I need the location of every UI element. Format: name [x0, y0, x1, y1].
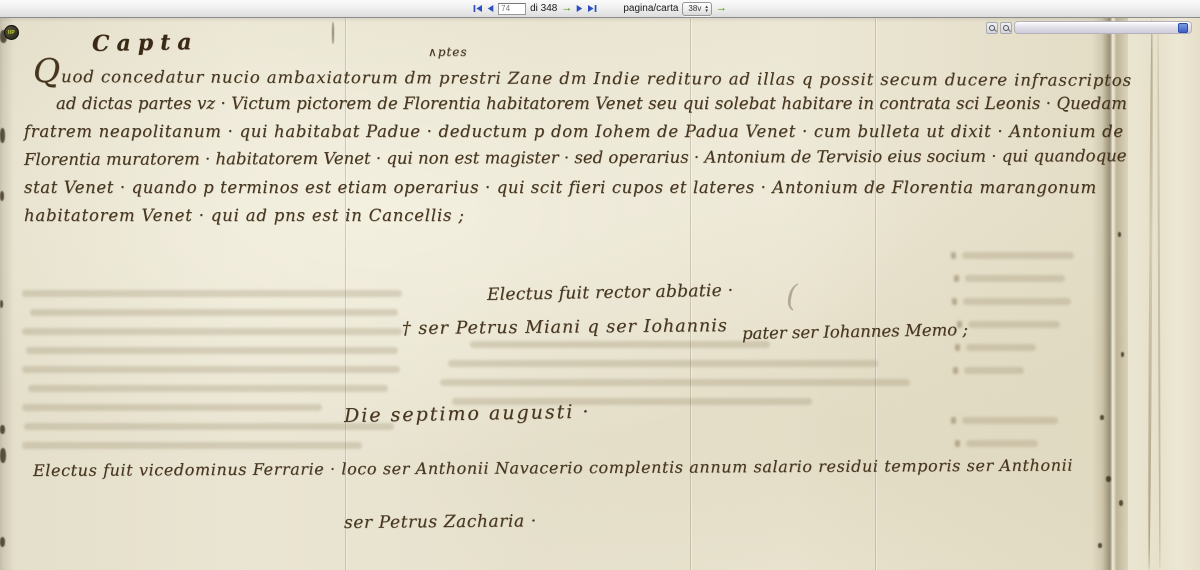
next-page-button[interactable] [576, 4, 583, 13]
manuscript-line: ( [786, 280, 798, 313]
zoom-out-button[interactable] [1000, 22, 1012, 34]
bleedthrough-mark [954, 275, 959, 282]
carta-select-group: pagina/carta 38v ▲▼ → [623, 2, 727, 16]
manuscript-line: Florentia muratorem · habitatorem Venet … [24, 147, 1127, 169]
carta-selector-label: pagina/carta [623, 3, 678, 14]
manuscript-line: stat Venet · quando p terminos est etiam… [24, 179, 1097, 197]
ink-speck [0, 537, 5, 547]
manuscript-line: ad dictas partes vz · Victum pictorem de… [56, 95, 1127, 113]
manuscript-line: Die septimo augusti · [344, 402, 591, 427]
navigation-window-button[interactable] [1178, 23, 1188, 33]
carta-select[interactable]: 38v ▲▼ [682, 2, 711, 16]
ink-speck [1121, 352, 1124, 357]
bleedthrough-text-line [470, 341, 770, 348]
ink-speck [0, 191, 4, 201]
ink-speck [0, 128, 5, 143]
bleedthrough-mark [953, 367, 958, 374]
bleedthrough-text-line [30, 309, 398, 316]
bleedthrough-mark [951, 417, 956, 424]
bleedthrough-text-line [965, 275, 1065, 282]
navigation-scroll-bar[interactable] [1014, 21, 1192, 34]
bleedthrough-text-line [22, 404, 322, 411]
bleedthrough-text-line [24, 423, 394, 430]
manuscript-line: fratrem neapolitanum · qui habitabat Pad… [24, 123, 1124, 141]
ink-speck [1098, 543, 1102, 548]
bleedthrough-text-line [22, 328, 402, 335]
ink-speck [1118, 232, 1121, 237]
bleedthrough-text-line [22, 290, 402, 297]
bleedthrough-text-line [22, 442, 362, 449]
bleedthrough-text-line [26, 347, 398, 354]
go-to-page-icon[interactable]: → [561, 3, 572, 14]
bleedthrough-text-line [962, 417, 1058, 424]
magnifier-icon [1003, 25, 1009, 31]
page-nav-group: di 348 → [473, 3, 597, 15]
select-stepper-icon: ▲▼ [704, 5, 709, 12]
ink-speck [332, 22, 334, 44]
bleedthrough-text-line [966, 440, 1038, 447]
bleedthrough-text-line [448, 360, 878, 367]
viewer-zoom-toolbar [986, 21, 1192, 34]
bleedthrough-text-line [964, 367, 1024, 374]
ink-speck [0, 300, 3, 308]
manuscript-line: Quod concedatur nucio ambaxiatorum dm pr… [33, 62, 1132, 90]
manuscript-line: Electus fuit rector abbatie · [487, 282, 734, 305]
go-to-carta-icon[interactable]: → [716, 3, 727, 14]
bleedthrough-mark [955, 440, 960, 447]
manuscript-line: habitatorem Venet · qui ad pns est in Ca… [24, 207, 465, 225]
page-total-label: di 348 [530, 3, 557, 14]
manuscript-line: ser Petrus Zacharia · [344, 512, 537, 532]
bleedthrough-text-line [22, 366, 400, 373]
left-binding-shadow [0, 18, 14, 570]
last-page-button[interactable] [587, 4, 597, 13]
bleedthrough-text-line [963, 298, 1071, 305]
first-page-button[interactable] [473, 4, 483, 13]
bleedthrough-text-line [966, 344, 1036, 351]
page-number-input[interactable] [498, 3, 526, 15]
bleedthrough-text-line [962, 252, 1074, 259]
iip-viewer-logo[interactable]: IIP [4, 25, 19, 40]
manuscript-line: ∧ptes [428, 46, 468, 59]
carta-select-value: 38v [688, 4, 701, 13]
bleedthrough-mark [952, 298, 957, 305]
viewer-stage: IIP di 348 → pagina/carta [0, 0, 1200, 570]
pagination-toolbar: di 348 → pagina/carta 38v ▲▼ → [0, 0, 1200, 18]
manuscript-line: Capta [92, 30, 199, 56]
bleedthrough-mark [955, 344, 960, 351]
magnifier-icon [989, 25, 995, 31]
ink-speck [0, 425, 5, 434]
bleedthrough-text-line [440, 379, 910, 386]
ink-speck [1119, 500, 1123, 506]
manuscript-line: † ser Petrus Miani q ser Iohannis [402, 317, 728, 339]
bleedthrough-text-line [28, 385, 388, 392]
ink-speck [0, 448, 6, 463]
previous-page-button[interactable] [487, 4, 494, 13]
zoom-in-button[interactable] [986, 22, 998, 34]
facing-page-edge [1128, 18, 1200, 570]
bleedthrough-mark [951, 252, 956, 259]
ink-speck [1100, 415, 1104, 420]
bleedthrough-text-line [968, 321, 1060, 328]
ink-speck [1106, 476, 1111, 482]
